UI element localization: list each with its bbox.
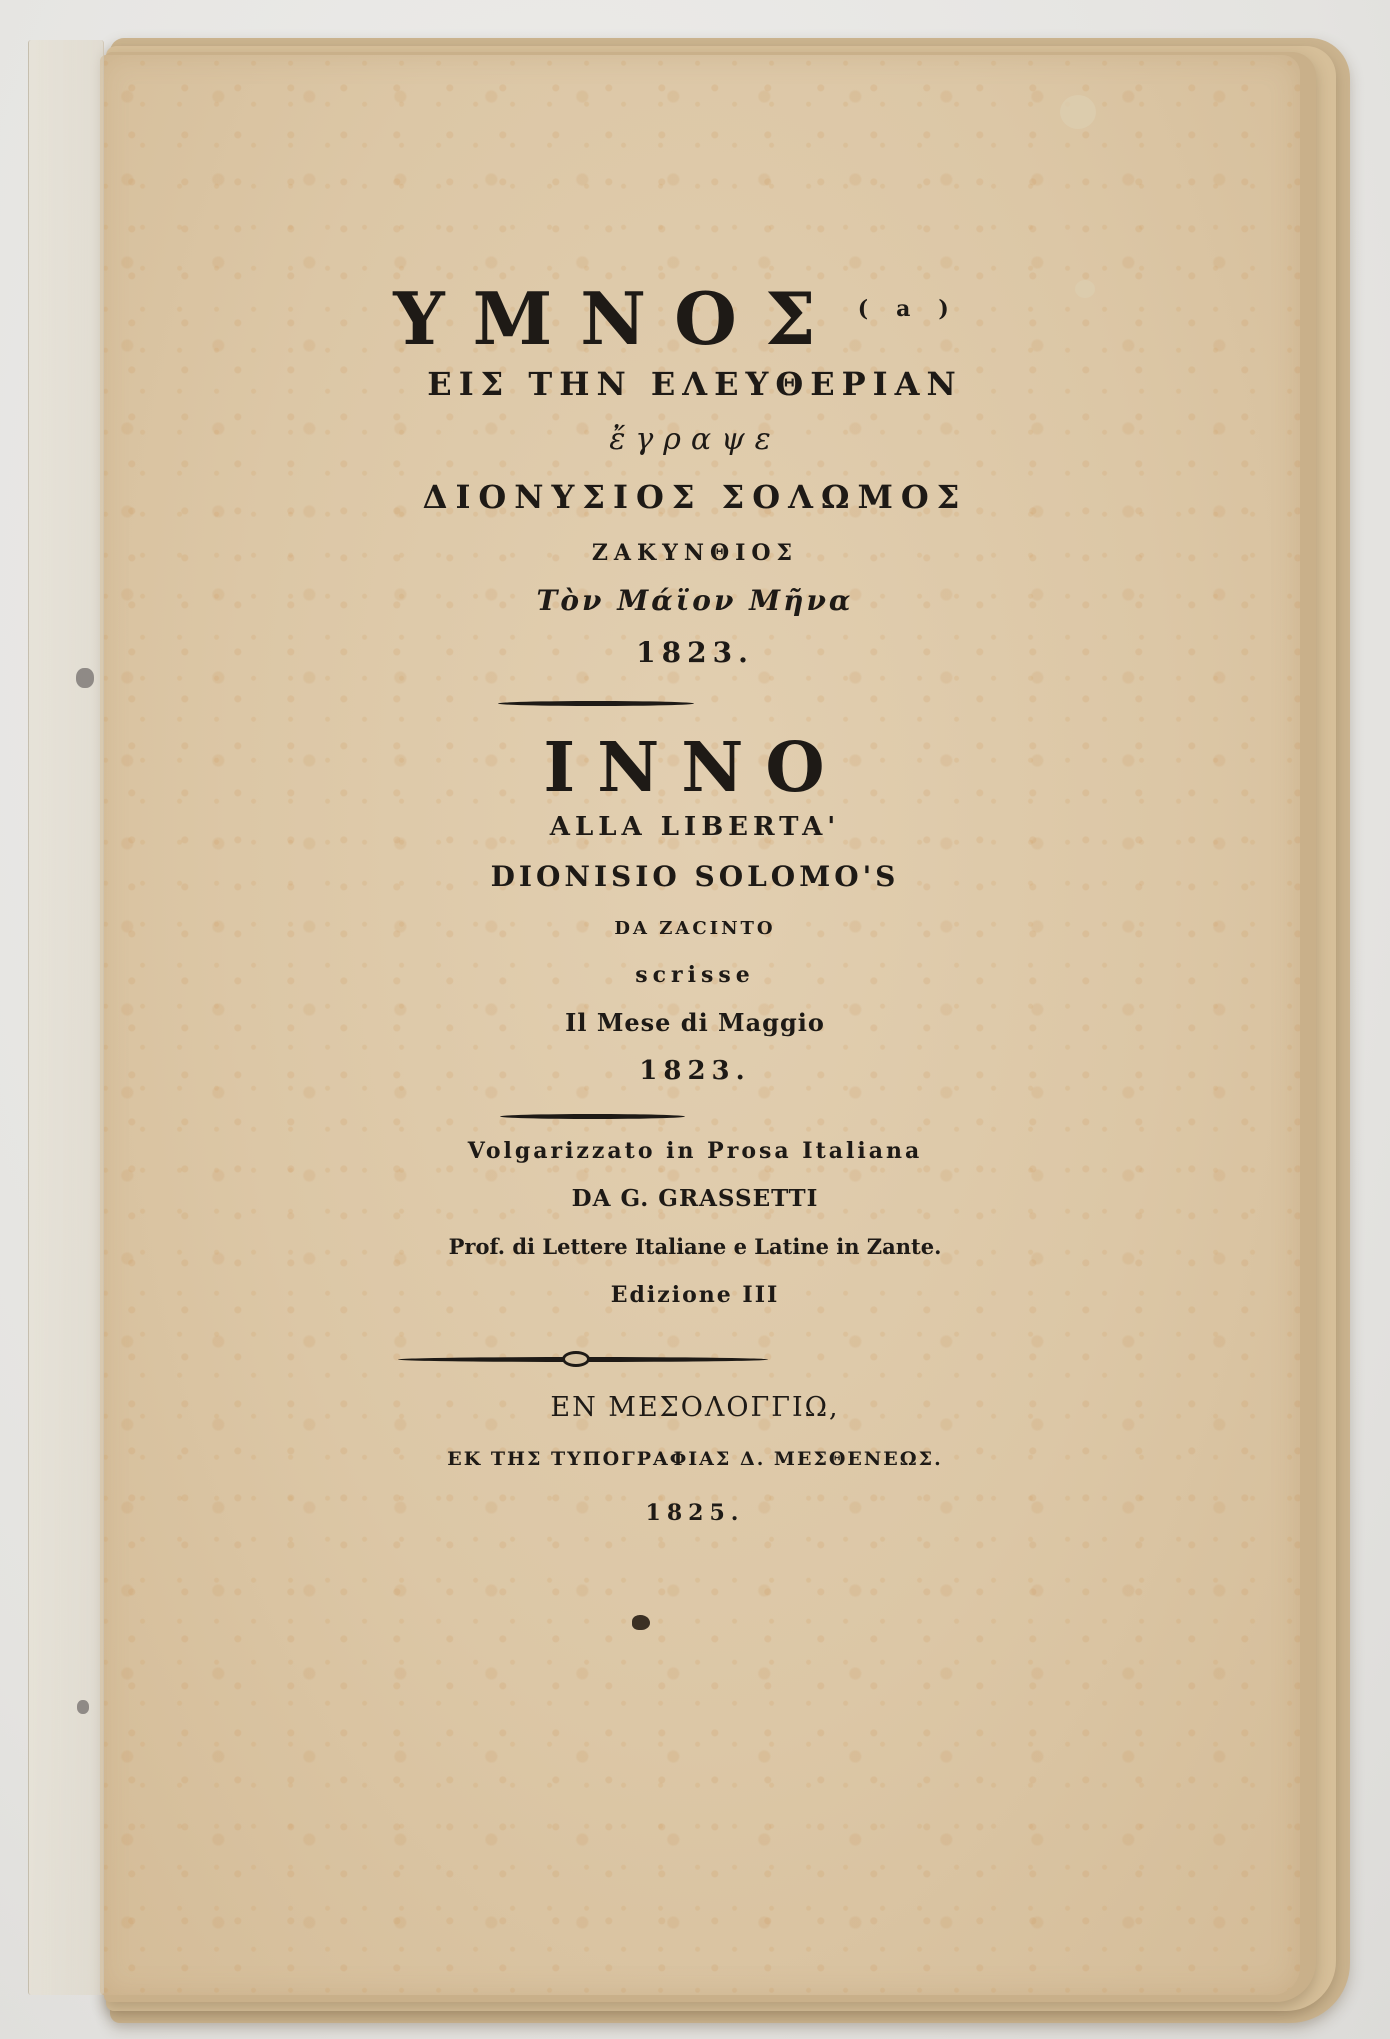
greek-subtitle: ΕΙΣ ΤΗΝ ΕΛΕΥΘΕΡΙΑΝ <box>0 365 1390 403</box>
translator-credentials: Prof. di Lettere Italiane e Latine in Za… <box>0 1234 1390 1259</box>
italian-subtitle: ALLA LIBERTA' <box>0 812 1390 842</box>
divider-rule <box>498 701 694 706</box>
binding-hole <box>76 668 94 688</box>
greek-origin: ΖΑΚΥΝΘΙΟΣ <box>0 540 1390 566</box>
binding-hole <box>77 1700 89 1714</box>
greek-month: Τὸν Μάϊον Μῆνα <box>0 584 1390 617</box>
imprint-year: 1825. <box>0 1500 1390 1526</box>
italian-month: Il Mese di Maggio <box>0 1008 1390 1037</box>
translator-name: DA G. GRASSETTI <box>0 1185 1390 1212</box>
greek-title: ΥΜΝΟΣ(a) <box>0 276 1380 361</box>
ink-blot <box>632 1615 650 1630</box>
italian-title: INNO <box>0 728 1390 808</box>
divider-rule <box>500 1114 685 1119</box>
edition-label: Edizione III <box>0 1282 1390 1308</box>
italian-year: 1823. <box>0 1056 1390 1086</box>
footnote-marker: (a) <box>858 296 977 322</box>
italian-author: DIONISIO SOLOMO'S <box>0 860 1390 893</box>
translation-note: Volgarizzato in Prosa Italiana <box>0 1138 1390 1164</box>
stain-mark <box>1060 95 1096 129</box>
greek-author: ΔΙΟΝΥΣΙΟΣ ΣΟΛΩΜΟΣ <box>0 478 1390 516</box>
ornament-center <box>562 1351 590 1367</box>
imprint-printer: ΕΚ ΤΗΣ ΤΥΠΟΓΡΑΦΙΑΣ Δ. ΜΕΣΘΕΝΕΩΣ. <box>0 1448 1390 1470</box>
imprint-place: ΕΝ ΜΕΣΟΛΟΓΓΙΩ, <box>0 1392 1390 1423</box>
italian-verb: scrisse <box>0 962 1390 988</box>
greek-year: 1823. <box>0 636 1390 669</box>
greek-verb: ἔγραψε <box>0 422 1390 457</box>
italian-origin: DA ZACINTO <box>0 918 1390 939</box>
greek-title-text: ΥΜΝΟΣ <box>393 276 844 361</box>
